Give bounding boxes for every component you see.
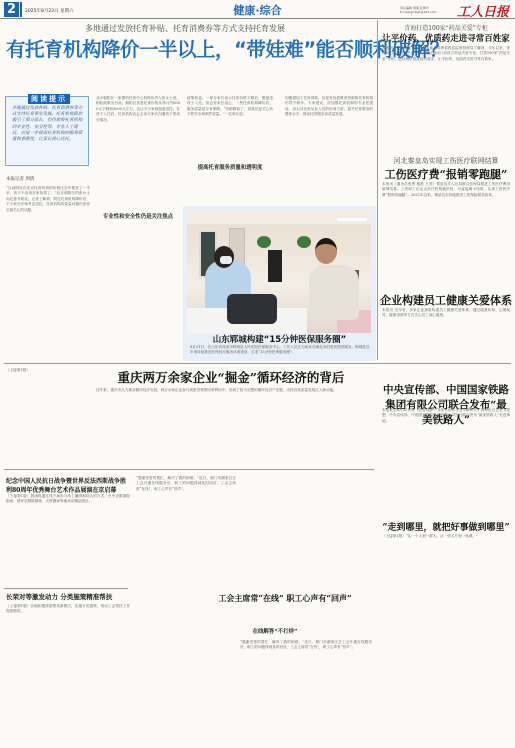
- union-column-1: “感谢老曾的帮忙，解决了我的困难。”近日，厦门市湖里区总工会开通在线服务后，职工…: [136, 476, 236, 744]
- section-divider: [4, 363, 511, 364]
- rail-sub-text: （上接第1版）“从一个人到一群人，从一张名片到一座城。”: [382, 534, 510, 744]
- column-divider: [377, 20, 378, 360]
- lead-kicker: 多地通过发放托育补贴、托育消费券等方式支持托育发展: [0, 23, 370, 34]
- lead-headline: 有托育机构降价一半以上，“带娃难”能否顺利破解？: [6, 34, 376, 62]
- left-bottom-title: 长荣对等激发动力 分类施策精准帮扶: [6, 592, 130, 601]
- right-lower-title: 企业构建员工健康关爱体系: [380, 292, 512, 308]
- right-mid-kicker: 河北秦皇岛实现工伤医疗联网结算: [380, 156, 512, 166]
- left-lower-title: 纪念中国人民抗日战争暨世界反法西斯战争胜利80周年优秀舞台艺术作品展演在京启幕: [6, 476, 130, 494]
- right-mid-text: 本报讯（通讯员张勇 施晨 王亮）秦皇岛市人社局联合医保局推进工伤医疗费用联网结算…: [382, 182, 510, 290]
- newspaper-logo: 工人日报: [457, 1, 509, 20]
- rail-story-text: 本报北京8月22日电（记者刘静）为深入宣传习近平新时代中国特色社会主义思想，中央…: [382, 408, 510, 503]
- right-top-text: 本报讯（记者邢生祥）记者日前从青海省药品监督管理局了解到，今年以来，青海大力实施…: [382, 46, 510, 136]
- right-mid-title: 工伤医疗费“报销零跑腿”: [380, 166, 512, 182]
- lead-subhead-1: 专业性和安全性仍是关注焦点: [96, 212, 180, 220]
- lead-column-3: 政策获益。一部分家长表示托育价格下降后，愿意送孩子入托。但也有家长担心，一些托育…: [187, 96, 273, 204]
- rail-sub-title: “走到哪里，就把好事做到哪里”: [380, 520, 512, 533]
- editor-contact: 责任编辑 周倩 张坤平 E-mail:grrbyb@163.com: [400, 6, 436, 14]
- divider-lower: [4, 469, 374, 470]
- right-top-kicker: 青海打造100家“药品关爱”专柜: [380, 23, 512, 32]
- lead-column-1: “以前附近在北京托育机构的价格比去年便宜了一半多，孩子不用再在家待着了。”北京朝…: [6, 186, 90, 338]
- union-column-2: “感谢老曾的帮忙，解决了我的困难。”近日，厦门市湖里区总工会开通在线服务后，职工…: [240, 640, 372, 744]
- middle-story-title: 重庆两万余家企业“掘金”循环经济的背后: [96, 368, 366, 386]
- left-lower-text: （上接第1版）展演将通过线下演出与线上播映相结合的方式，在中央歌剧院剧场、国家京…: [6, 494, 130, 579]
- masthead: 2 2025年8月23日 星期六 健康·综合 责任编辑 周倩 张坤平 E-mai…: [0, 0, 515, 19]
- middle-story-text: 近年来，重庆市大力推动循环经济发展，两万余家企业参与到废旧物资回收利用中，形成了…: [96, 388, 366, 438]
- left-continuation-text: （上接第1版）: [6, 368, 90, 448]
- reading-tip-text: 多地通过发放补贴、托育消费券等方式支持托育事业发展。托育机构降价吸引了部分家长，…: [12, 106, 83, 143]
- lead-subhead-2: 提高托育服务质量和透明度: [187, 163, 273, 171]
- section-title: 健康·综合: [0, 2, 515, 18]
- lead-column-4: 均衡增加了托育供给，但是有优质教育资源的托育机构仍然不够多。专家建议，应加强托育…: [285, 96, 373, 204]
- right-top-title: 让平价药、优质药走进寻常百姓家: [380, 32, 512, 44]
- divider-left-bottom: [4, 588, 128, 589]
- reading-tip-title: 阅读提示: [28, 94, 70, 104]
- byline: 本报记者 周倩: [6, 176, 34, 182]
- photo-caption-title: 山东郓城构建“15分钟医保服务圈”: [183, 333, 376, 345]
- photo-caption-text: 8月21日，在山东省菏泽市郓城县人民医院医保服务中心，工作人员正为前来办理业务的…: [190, 345, 370, 355]
- news-photo: [187, 210, 371, 333]
- union-subhead: 在线解答“不打烊”: [240, 627, 310, 635]
- reading-tip-box: 阅读提示 多地通过发放补贴、托育消费券等方式支持托育事业发展。托育机构降价吸引了…: [5, 96, 89, 166]
- left-bottom-text: （上接第1版）各地积极探索帮扶新模式，实施分类施策，推动工会帮扶工作提质增效。: [6, 604, 130, 744]
- right-lower-text: 本报讯 近年来，多家企业探索构建员工健康关爱体系，通过健康体检、心理疏导、健康讲…: [382, 308, 510, 356]
